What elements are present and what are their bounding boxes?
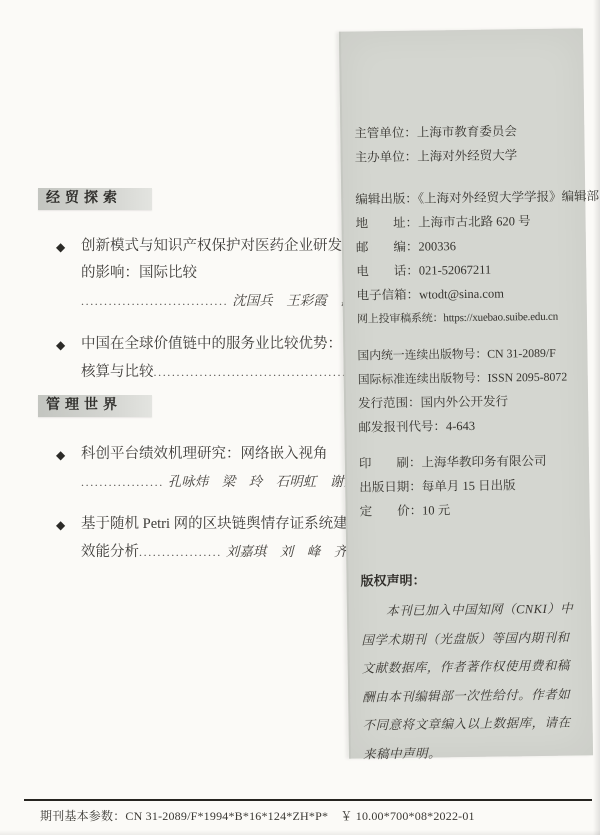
info-printer: 印 刷：上海华教印务有限公司 [359,448,589,475]
dot-leader: ................................ [81,294,228,308]
dot-leader: .................. [139,545,222,559]
spacer [360,520,591,569]
copyright-notice-title: 版权声明： [360,566,590,593]
article-title-line: 科创平台绩效机理研究：网络嵌入视角 [81,441,348,468]
article-title-line: 效能分析 [81,544,139,560]
info-editor-publisher: 编辑出版：《上海对外经贸大学学报》编辑部 [355,184,585,211]
info-email: 电子信箱：wtodt@sina.com [356,280,586,307]
toc-article: ◆ 基于随机 Petri 网的区块链舆情存证系统建模与 效能分析........… [56,511,348,566]
diamond-bullet-icon: ◆ [56,512,65,539]
info-price: 定 价：10 元 [359,496,589,523]
info-supervisor: 主管单位：上海市教育委员会 [354,118,584,145]
info-cn-number: 国内统一连续出版物号：CN 31-2089/F [357,340,587,367]
article-title-line: 创新模式与知识产权保护对医药企业研发创新 [81,233,348,260]
diamond-bullet-icon: ◆ [56,234,65,261]
toc-article: ◆ 科创平台绩效机理研究：网络嵌入视角 ..................孔咏… [56,441,348,496]
article-authors: 孔咏炜 梁 玲 石明虹 谢家平 [164,474,371,489]
info-phone: 电 话：021-52067211 [356,256,586,283]
section-header-management-world: 管理世界 [38,395,152,417]
article-author-line: ..................孔咏炜 梁 玲 石明虹 谢家平(96) [81,468,348,496]
journal-basic-parameters: 期刊基本参数：CN 31-2089/F*1994*B*16*124*ZH*P* … [40,807,475,824]
journal-toc-page: 经贸探索 ◆ 创新模式与知识产权保护对医药企业研发创新 的影响：国际比较 ...… [0,0,600,835]
info-publish-date: 出版日期：每单月 15 日出版 [359,472,589,499]
diamond-bullet-icon: ◆ [56,332,65,359]
publication-info-panel: 主管单位：上海市教育委员会 主办单位：上海对外经贸大学 编辑出版：《上海对外经贸… [339,28,593,758]
info-distribution-scope: 发行范围：国内外公开发行 [358,388,588,415]
dot-leader: .................. [81,475,164,489]
info-issn-number: 国际标准连续出版物号：ISSN 2095-8072 [358,364,588,391]
article-author-line: 核算与比较...................................… [81,358,348,386]
scan-edge-shadow [593,0,600,835]
article-title-line: 基于随机 Petri 网的区块链舆情存证系统建模与 [81,511,348,538]
info-postcode: 邮 编：200336 [356,232,586,259]
dot-leader: ........................................… [154,365,375,379]
info-postal-code: 邮发报刊代号：4-643 [358,412,588,439]
section-header-economy-trade: 经贸探索 [38,188,152,210]
scan-edge-shadow [0,830,600,835]
footer-divider [24,799,592,801]
article-title-line: 中国在全球价值链中的服务业比较优势： [81,331,348,358]
copyright-notice-body: 本刊已加入中国知网（CNKI）中国学术期刊（光盘版）等国内期刊和文献数据库，作者… [361,594,581,768]
article-title-line: 核算与比较 [81,364,154,380]
info-address: 地 址：上海市古北路 620 号 [355,208,585,235]
info-sponsor: 主办单位：上海对外经贸大学 [355,142,585,169]
toc-article: ◆ 中国在全球价值链中的服务业比较优势： 核算与比较..............… [56,331,348,386]
info-submission-system-url: 网上投审稿系统：https://xuebao.suibe.edu.cn [357,304,587,331]
article-author-line: 效能分析..................刘嘉琪 刘 峰 齐佳音(109) [81,538,348,566]
article-author-line: ................................沈国兵 王彩霞 … [81,287,348,315]
diamond-bullet-icon: ◆ [56,442,65,469]
toc-article: ◆ 创新模式与知识产权保护对医药企业研发创新 的影响：国际比较 ........… [56,233,348,315]
article-title-line: 的影响：国际比较 [81,260,348,287]
